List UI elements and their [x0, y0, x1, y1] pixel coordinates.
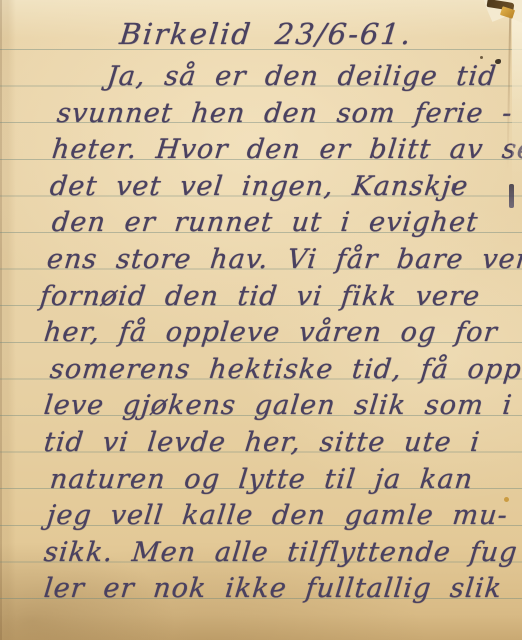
edge-ink-smudge: [509, 184, 514, 208]
handwriting-line-12: naturen og lytte til ja kan: [0, 462, 522, 499]
handwriting-line-9: somerens hektiske tid, få opp: [0, 352, 522, 389]
handwriting-line-2: svunnet hen den som ferie -: [0, 96, 522, 133]
handwriting-line-14: sikk. Men alle tilflyttende fug: [0, 535, 522, 572]
paper-speck: [495, 59, 501, 64]
handwriting-line-6: ens store hav. Vi får bare vere: [0, 242, 522, 279]
handwriting-line-13: jeg vell kalle den gamle mu-: [0, 498, 522, 535]
letter-page: Birkelid 23/6-61. Ja, så er den deilige …: [0, 0, 522, 640]
paper-speck: [480, 56, 483, 59]
handwriting-line-11: tid vi levde her, sitte ute i: [0, 425, 522, 462]
handwriting-line-8: her, få oppleve våren og for: [0, 315, 522, 352]
handwriting-line-15: ler er nok ikke fulltallig slik: [0, 571, 522, 608]
handwriting-line-5: den er runnet ut i evighet: [0, 205, 522, 242]
handwriting-line-7: fornøid den tid vi fikk vere: [0, 279, 522, 316]
letter-body: Ja, så er den deilige tid svunnet hen de…: [0, 59, 522, 608]
paper-speck: [504, 497, 509, 502]
page-edge: [512, 0, 522, 190]
handwriting-line-10: leve gjøkens galen slik som i den: [0, 388, 522, 425]
handwriting-line-1: Ja, så er den deilige tid: [0, 59, 522, 96]
handwriting-line-4: det vet vel ingen, Kanskje: [0, 169, 522, 206]
handwriting-line-3: heter. Hvor den er blitt av se: [0, 132, 522, 169]
letter-heading-date: Birkelid 23/6-61.: [118, 17, 414, 51]
